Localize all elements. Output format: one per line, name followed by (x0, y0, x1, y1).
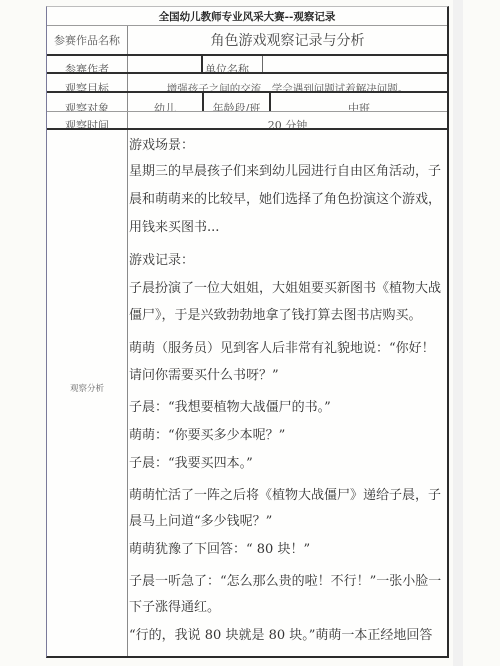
work-name-row: 参赛作品名称 角色游戏观察记录与分析 (47, 26, 447, 56)
analysis-label: 观察分析 (47, 130, 128, 656)
subject-value: 幼儿 (128, 93, 204, 111)
dialogue-line-1: 子晨：“我想要植物大战僵尸的书。” (129, 399, 447, 417)
page-edge-strip (453, 0, 463, 666)
author-value (128, 56, 203, 72)
goal-value: 增强孩子之间的交流，学会遇到问题试着解决问题。 (128, 74, 447, 91)
scene-paragraph: 星期三的早晨孩子们来到幼儿园进行自由区角活动，子晨和萌萌来的比较早，她们选择了角… (129, 158, 447, 242)
dialogue-line-3: 子晨：“我要买四本。” (129, 455, 447, 473)
record-heading: 游戏记录： (129, 252, 447, 270)
author-row: 参赛作者 单位名称 (47, 56, 447, 74)
goal-label: 观察目标 (47, 74, 128, 91)
scene-heading: 游戏场景： (129, 137, 447, 155)
duration-row: 观察时间 20 分钟 (47, 112, 447, 130)
analysis-section: 观察分析 游戏场景： 星期三的早晨孩子们来到幼儿园进行自由区角活动，子晨和萌萌来… (47, 130, 447, 656)
goal-row: 观察目标 增强孩子之间的交流，学会遇到问题试着解决问题。 (47, 74, 447, 93)
record-paragraph-3: 萌萌忙活了一阵之后将《植物大战僵尸》递给子晨，子晨马上问道“多少钱呢？” (129, 483, 447, 535)
duration-value: 20 分钟 (128, 112, 447, 128)
unit-name-value (263, 56, 447, 72)
work-name-value: 角色游戏观察记录与分析 (128, 26, 447, 54)
subject-label: 观察对象 (47, 93, 128, 111)
work-name-label: 参赛作品名称 (47, 26, 128, 54)
dialogue-line-2: 萌萌：“你要买多少本呢？” (129, 427, 447, 445)
dialogue-line-4: 萌萌犹豫了下回答：“ 80 块！” (129, 541, 447, 559)
unit-name-label: 单位名称 (203, 56, 263, 72)
form-title: 全国幼儿教师专业风采大赛--观察记录 (47, 7, 447, 25)
age-group-value: 中班 (271, 93, 447, 111)
observation-record-form: 全国幼儿教师专业风采大赛--观察记录 参赛作品名称 角色游戏观察记录与分析 参赛… (46, 6, 449, 658)
analysis-text: 游戏场景： 星期三的早晨孩子们来到幼儿园进行自由区角活动，子晨和萌萌来的比较早，… (128, 130, 447, 656)
record-paragraph-4: 子晨一听急了：“怎么那么贵的啦！不行！”一张小脸一下子涨得通红。 (129, 569, 447, 621)
author-label: 参赛作者 (47, 56, 128, 72)
subject-row: 观察对象 幼儿 年龄段/班 中班 (47, 93, 447, 112)
record-paragraph-5: “行的，我说 80 块就是 80 块。”萌萌一本正经地回答 (129, 627, 447, 645)
record-paragraph-2: 萌萌（服务员）见到客人后非常有礼貌地说：“你好！请问你需要买什么书呀？” (129, 335, 447, 389)
age-group-label: 年龄段/班 (204, 93, 271, 111)
record-paragraph-1: 子晨扮演了一位大姐姐，大姐姐要买新图书《植物大战僵尸》，于是兴致勃勃地拿了钱打算… (129, 275, 447, 329)
duration-label: 观察时间 (47, 112, 128, 128)
form-title-row: 全国幼儿教师专业风采大赛--观察记录 (47, 7, 447, 26)
